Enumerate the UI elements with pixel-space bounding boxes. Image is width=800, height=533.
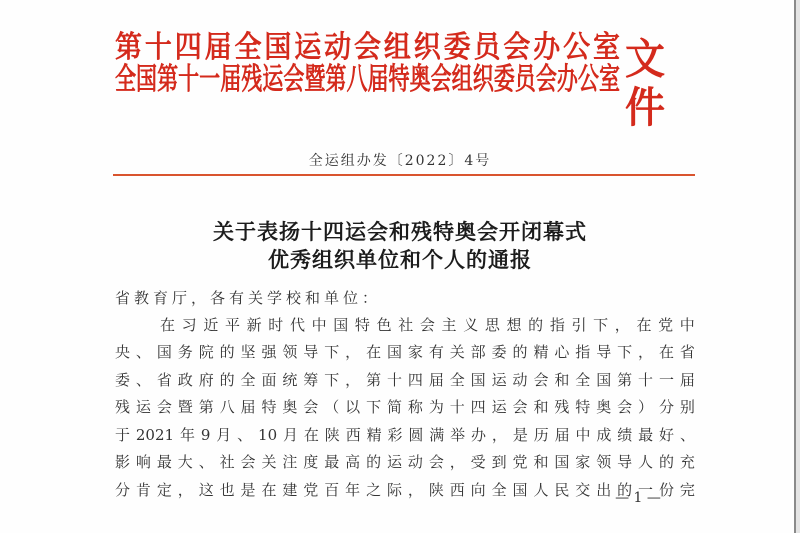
red-header: 第十四届全国运动会组织委员会办公室 全国第十一届残运会暨第八届特奥会组织委员会办… xyxy=(115,30,705,94)
title-line-2: 优秀组织单位和个人的通报 xyxy=(0,244,800,274)
header-issuer-line-1: 第十四届全国运动会组织委员会办公室 xyxy=(115,30,620,66)
document-number: 全运组办发〔2022〕4号 xyxy=(0,150,800,170)
salutation: 省教育厅，各有关学校和单位： xyxy=(115,287,381,308)
scan-edge-shade xyxy=(796,0,800,533)
document-page: 第十四届全国运动会组织委员会办公室 全国第十一届残运会暨第八届特奥会组织委员会办… xyxy=(0,0,800,533)
red-divider-rule xyxy=(113,174,695,176)
body-line: 影响最大、社会关注度最高的运动会，受到党和国家领导人的充 xyxy=(115,451,695,473)
header-document-label: 文件 xyxy=(625,36,705,133)
body-line: 央、国务院的坚强领导下，在国家有关部委的精心指导下，在省 xyxy=(115,341,695,363)
body-line: 在习近平新时代中国特色社会主义思想的指引下，在党中 xyxy=(160,314,695,336)
title-line-1: 关于表扬十四运会和残特奥会开闭幕式 xyxy=(0,216,800,246)
body-line: 于2021年9月、10月在陕西精彩圆满举办，是历届中成绩最好、 xyxy=(115,424,695,446)
header-issuer-line-2: 全国第十一届残运会暨第八届特奥会组织委员会办公室 xyxy=(115,62,620,94)
body-line: 残运会暨第八届特奥会（以下简称为十四运会和残特奥会）分别 xyxy=(115,396,695,418)
body-line: 委、省政府的全面统筹下，第十四届全国运动会和全国第十一届 xyxy=(115,369,695,391)
page-number: — 1 — xyxy=(598,490,678,506)
